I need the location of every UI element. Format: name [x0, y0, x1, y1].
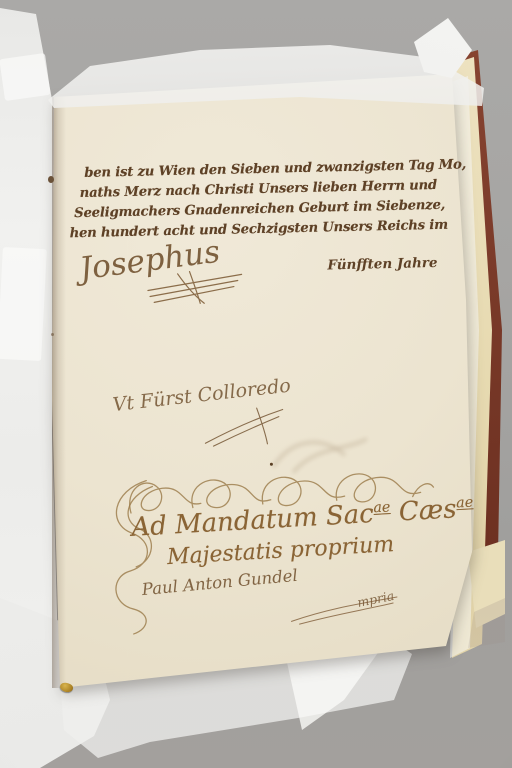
mandatum-line-1-mid: Cæs [390, 494, 458, 528]
mandatum-sup-1: ae [373, 499, 391, 516]
photo-of-manuscript-folio: ben ist zu Wien den Sieben und zwanzigst… [0, 0, 512, 768]
manuscript-ink-layer: ben ist zu Wien den Sieben und zwanzigst… [0, 0, 512, 768]
initial-left-flourish [102, 476, 161, 637]
ink-dot [270, 463, 273, 466]
manuscript-body-text: ben ist zu Wien den Sieben und zwanzigst… [68, 156, 442, 244]
regnal-year-line: Fünfften Jahre [327, 255, 437, 273]
secretary-flourish [287, 593, 403, 626]
mandatum-sup-2: ae [456, 495, 474, 512]
secretary-signature: Paul Anton Gundel [141, 566, 298, 599]
josephus-flourish-crosshatch [145, 268, 246, 306]
